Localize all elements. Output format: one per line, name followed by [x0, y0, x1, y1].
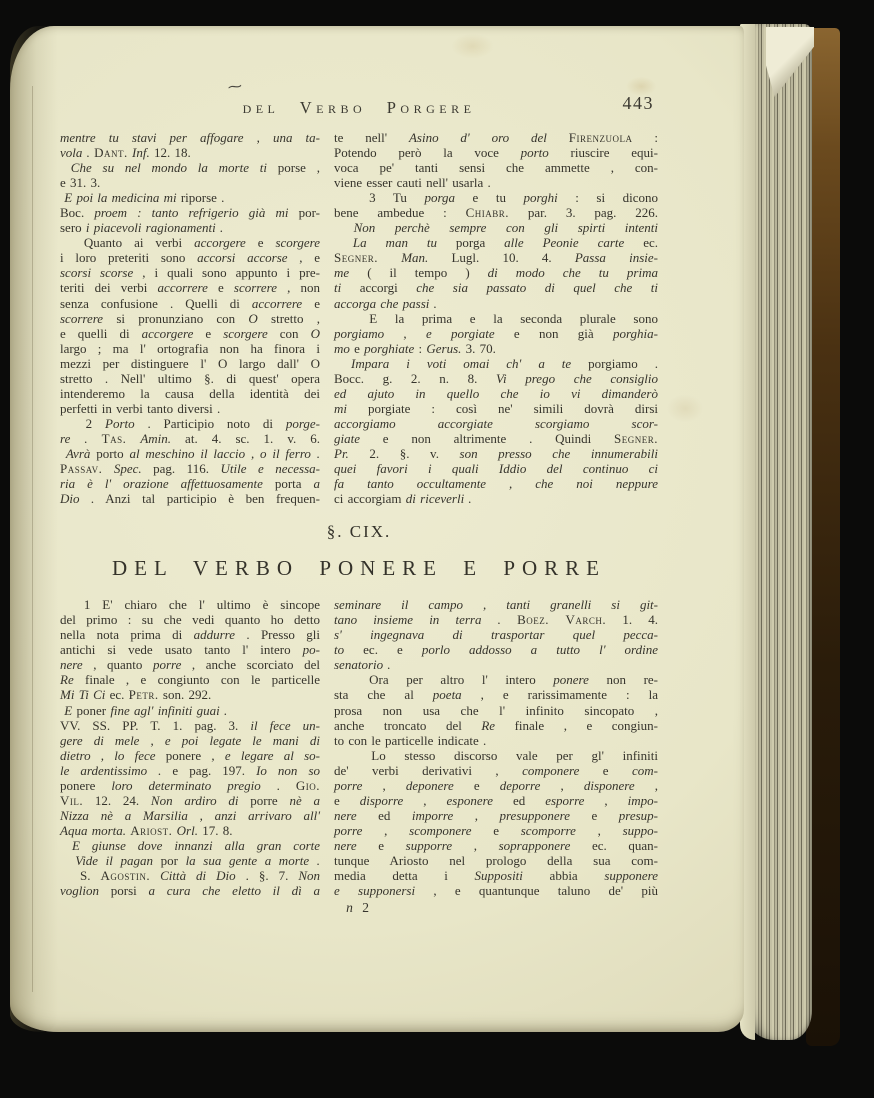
- smallcaps-text: Chiabr.: [466, 205, 509, 220]
- italic-text: com-: [632, 763, 658, 778]
- text-line: Bocc. g. 2. n. 8. Vi prego che consiglio: [334, 371, 658, 386]
- italic-text: soprapponere: [499, 838, 571, 853]
- text-line: seminare il campo , tanti granelli si gi…: [334, 597, 658, 612]
- roman-text: tunque Ariosto nel prologo della sua com…: [334, 853, 658, 868]
- text-line: dietro , lo fece ponere , e legare al so…: [60, 748, 320, 763]
- roman-text: te nell': [334, 130, 409, 145]
- italic-text: Vi prego che consiglio: [496, 371, 658, 386]
- roman-text: voca pe' tanti sensi che ammette , con-: [334, 160, 658, 175]
- text-line: tano insieme in terra . Boez. Varch. 1. …: [334, 612, 658, 627]
- italic-text: proem : tanto refrigerio già mi: [94, 205, 288, 220]
- italic-text: di modo che tu prima: [488, 265, 658, 280]
- text-line: E poner fine agl' infiniti guai .: [60, 703, 320, 718]
- roman-text: porse ,: [267, 160, 320, 175]
- roman-text: Ora per altro l' intero: [334, 672, 553, 687]
- roman-text: Lo stesso discorso vale per gl' infiniti: [334, 748, 658, 763]
- italic-text: scorgere: [223, 326, 268, 341]
- roman-text: porto: [90, 446, 129, 461]
- italic-text: Spec.: [114, 461, 142, 476]
- italic-text: to: [334, 642, 344, 657]
- porgere-right-column: te nell' Asino d' oro del Firenzuola :Po…: [334, 130, 658, 506]
- italic-text: porgiamo , e porgiate: [334, 326, 495, 341]
- signature-mark: n 2: [60, 900, 658, 916]
- roman-text: 3 Tu: [334, 190, 424, 205]
- roman-text: largo ; ma l' ortografia non ha finora i: [60, 341, 320, 356]
- section-paragraph-mark: §. CIX.: [60, 522, 658, 542]
- roman-text: . §. 7.: [236, 868, 299, 883]
- italic-text: mi: [334, 401, 347, 416]
- smallcaps-text: Tas.: [102, 431, 127, 446]
- roman-text: [60, 160, 71, 175]
- text-line: giate e non altrimente . Quindi Segner.: [334, 431, 658, 446]
- text-line: viene esser cauti nell' usarla .: [334, 175, 658, 190]
- italic-text: E: [64, 703, 72, 718]
- italic-text: Non perchè sempre con gli spirti intenti: [354, 220, 658, 235]
- italic-text: O: [311, 326, 320, 341]
- italic-text: la sua gente a morte .: [186, 853, 320, 868]
- roman-text: Anzi tal participio è ben frequen-: [94, 491, 320, 506]
- roman-text: ( il tempo ): [349, 265, 488, 280]
- roman-text: . Participio noto di: [135, 416, 286, 431]
- italic-text: accorgere: [194, 235, 246, 250]
- italic-text: impo-: [628, 793, 658, 808]
- text-line: accorgiamo accorgiate scorgiamo scor-: [334, 416, 658, 431]
- italic-text: accorgiamo accorgiate scorgiamo scor-: [334, 416, 658, 431]
- page-number: 443: [623, 93, 655, 114]
- italic-text: porre: [334, 823, 362, 838]
- italic-text: O: [248, 311, 257, 326]
- roman-text: e quelli di: [60, 326, 142, 341]
- smallcaps-text: Segner.: [334, 250, 378, 265]
- italic-text: al meschino il laccio , o il ferro .: [129, 446, 320, 461]
- roman-text: par. 3. pag. 226.: [509, 205, 658, 220]
- roman-text: [88, 431, 102, 446]
- roman-text: porsi: [99, 883, 148, 898]
- roman-text: e: [246, 235, 276, 250]
- roman-text: , i quali sono appunto i pre-: [133, 265, 320, 280]
- italic-text: Vide il pagan: [75, 853, 153, 868]
- roman-text: S.: [60, 868, 100, 883]
- italic-text: supponere: [604, 868, 658, 883]
- roman-text: e 31. 3.: [60, 175, 100, 190]
- italic-text: mentre tu stavi per affogare , una ta-: [60, 130, 320, 145]
- roman-text: ec. e: [344, 642, 422, 657]
- roman-text: e: [350, 341, 364, 356]
- text-line: re . Tas. Amin. at. 4. sc. 1. v. 6.: [60, 431, 320, 446]
- italic-text: i piacevoli ragionamenti .: [86, 220, 223, 235]
- smallcaps-text: Ariost.: [130, 823, 172, 838]
- roman-text: nella nota prima di: [60, 627, 194, 642]
- text-line: te nell' Asino d' oro del Firenzuola :: [334, 130, 658, 145]
- text-line: porgiamo , e porgiate e non già porghia-: [334, 326, 658, 341]
- roman-text: [60, 838, 72, 853]
- roman-text: ,: [576, 823, 623, 838]
- roman-text: si pronunziano con: [103, 311, 248, 326]
- text-line: voglion porsi a cura che eletto il dì a: [60, 883, 320, 898]
- text-line: Aqua morta. Ariost. Orl. 17. 8.: [60, 823, 320, 838]
- text-line: intenderemo la causa della identità dei: [60, 386, 320, 401]
- text-line: Ora per altro l' intero ponere non re-: [334, 672, 658, 687]
- text-line: to ec. e porlo addosso a tutto l' ordine: [334, 642, 658, 657]
- italic-text: Mi Ti Ci: [60, 687, 105, 702]
- text-line: to con le particelle indicate .: [334, 733, 658, 748]
- roman-text: , e rarissimamente : la: [462, 687, 658, 702]
- printers-mark: ⁓: [227, 78, 243, 96]
- text-line: scorsi scorse , i quali sono appunto i p…: [60, 265, 320, 280]
- text-line: Mi Ti Ci ec. Petr. son. 292.: [60, 687, 320, 702]
- roman-text: [126, 431, 140, 446]
- roman-text: porgiamo .: [571, 356, 658, 371]
- roman-text: [150, 868, 160, 883]
- italic-text: Porto: [105, 416, 135, 431]
- roman-text: [334, 235, 353, 250]
- text-line: sta che al poeta , e rarissimamente : la: [334, 687, 658, 702]
- text-line: accorga che passi .: [334, 296, 658, 311]
- smallcaps-text: Passav.: [60, 461, 102, 476]
- italic-text: nè a: [289, 793, 320, 808]
- roman-text: e tu: [455, 190, 524, 205]
- roman-text: ,: [362, 778, 405, 793]
- roman-text: senza confusione . Quelli di: [60, 296, 252, 311]
- italic-text: accorrere: [158, 280, 208, 295]
- text-line: ed ajuto in quello che io vi dimanderò: [334, 386, 658, 401]
- text-line: Segner. Man. Lugl. 10. 4. Passa insie-: [334, 250, 658, 265]
- running-head: ⁓ del Verbo Porgere 443: [60, 98, 658, 124]
- italic-text: mo: [334, 341, 350, 356]
- porgere-left-column: mentre tu stavi per affogare , una ta-vo…: [60, 130, 320, 506]
- roman-text: perfetti in verbi tanto diversi .: [60, 401, 220, 416]
- roman-text: ec. quan-: [570, 838, 658, 853]
- running-title: del Verbo Porgere: [243, 98, 476, 118]
- roman-text: [60, 853, 75, 868]
- text-line: quei favori i quali Iddio del continuo c…: [334, 461, 658, 476]
- roman-text: 1. 4.: [606, 612, 658, 627]
- italic-text: presup-: [619, 808, 658, 823]
- roman-text: , anche scorciato del: [181, 657, 320, 672]
- page-content: ⁓ del Verbo Porgere 443 mentre tu stavi …: [60, 98, 658, 916]
- italic-text: esponere: [447, 793, 493, 808]
- text-line: perfetti in verbi tanto diversi .: [60, 401, 320, 416]
- italic-text: Utile e necessa-: [220, 461, 320, 476]
- italic-text: scomporre: [521, 823, 576, 838]
- roman-text: .: [261, 778, 296, 793]
- italic-text: fine agl' infiniti guai .: [110, 703, 227, 718]
- roman-text: teriti dei verbi: [60, 280, 158, 295]
- roman-text: ponere: [156, 748, 212, 763]
- italic-text: fa tanto occultamente , che noi neppure: [334, 476, 658, 491]
- roman-text: e: [471, 823, 520, 838]
- text-line: nella nota prima di addurre . Presso gli: [60, 627, 320, 642]
- italic-text: addurre: [194, 627, 235, 642]
- text-line: Quanto ai verbi accorgere e scorgere: [60, 235, 320, 250]
- text-line: mentre tu stavi per affogare , una ta-: [60, 130, 320, 145]
- roman-text: poner: [72, 703, 110, 718]
- text-line: del primo : su che vedi quanto ho detto: [60, 612, 320, 627]
- roman-text: prosa non usa che l' infinito sincopato …: [334, 703, 658, 718]
- italic-text: , e legare al so-: [211, 748, 320, 763]
- text-line: de' verbi derivativi , componere e com-: [334, 763, 658, 778]
- text-line: Re finale , e congiunto con le particell…: [60, 672, 320, 687]
- italic-text: son presso che innumerabili: [460, 446, 658, 461]
- italic-text: seminare il campo , tanti granelli si gi…: [334, 597, 658, 612]
- text-line: mi porgiate : così ne' simili dovrà dirs…: [334, 401, 658, 416]
- text-line: Nizza nè a Marsilia , anzi arrivaro all': [60, 808, 320, 823]
- italic-text: loro determinato pregio: [111, 778, 260, 793]
- italic-text: Nizza nè a Marsilia , anzi arrivaro all': [60, 808, 320, 823]
- italic-text: imporre: [412, 808, 453, 823]
- text-line: scorrere si pronunziano con O stretto ,: [60, 311, 320, 326]
- italic-text: a: [314, 476, 321, 491]
- roman-text: to con le particelle indicate .: [334, 733, 486, 748]
- italic-text: accorrere: [252, 296, 302, 311]
- book-page: ⁓ del Verbo Porgere 443 mentre tu stavi …: [10, 26, 744, 1032]
- text-line: S. Agostin. Città di Dio . §. 7. Non: [60, 868, 320, 883]
- text-line: senatorio .: [334, 657, 658, 672]
- italic-text: porre: [153, 657, 181, 672]
- roman-text: [102, 461, 114, 476]
- italic-text: accorsi accorse: [197, 250, 287, 265]
- roman-text: ci accorgiam: [334, 491, 406, 506]
- roman-text: ,: [362, 823, 409, 838]
- text-line: E giunse dove innanzi alla gran corte: [60, 838, 320, 853]
- italic-text: supporre: [406, 838, 452, 853]
- text-line: La man tu porga alle Peonie carte ec.: [334, 235, 658, 250]
- roman-text: e: [302, 296, 320, 311]
- roman-text: Bocc. g. 2. n. 8.: [334, 371, 496, 386]
- roman-text: non re-: [589, 672, 658, 687]
- roman-text: con: [268, 326, 311, 341]
- roman-text: por: [153, 853, 186, 868]
- roman-text: porre: [239, 793, 290, 808]
- italic-text: Avrà: [66, 446, 91, 461]
- roman-text: ed: [357, 808, 412, 823]
- roman-text: de' verbi derivativi ,: [334, 763, 522, 778]
- italic-text: ponere: [553, 672, 589, 687]
- roman-text: , quanto: [83, 657, 153, 672]
- italic-text: poeta: [433, 687, 462, 702]
- roman-text: ec.: [624, 235, 658, 250]
- italic-text: esporre: [545, 793, 584, 808]
- roman-text: sta che al: [334, 687, 433, 702]
- roman-text: 12. 18.: [150, 145, 191, 160]
- italic-text: Impara i voti omai ch' a te: [351, 356, 571, 371]
- italic-text: nere: [334, 838, 357, 853]
- italic-text: porge-: [286, 416, 320, 431]
- text-line: ponere loro determinato pregio . Gio.: [60, 778, 320, 793]
- text-line: bene ambedue : Chiabr. par. 3. pag. 226.: [334, 205, 658, 220]
- italic-text: che sia passato di quel che ti: [416, 280, 658, 295]
- italic-text: Re: [60, 672, 74, 687]
- italic-text: disporre: [360, 793, 404, 808]
- italic-text: nere: [334, 808, 357, 823]
- roman-text: ,: [584, 793, 627, 808]
- italic-text: Suppositi: [475, 868, 523, 883]
- section-heading: §. CIX. DEL VERBO PONERE E PORRE: [60, 522, 658, 581]
- italic-text: Aqua morta.: [60, 823, 126, 838]
- text-line: Che su nel mondo la morte ti porse ,: [60, 160, 320, 175]
- italic-text: E poi la medicina mi: [64, 190, 176, 205]
- italic-text: me: [334, 265, 349, 280]
- roman-text: mezzi per distinguere l' O largo dall' O: [60, 356, 320, 371]
- roman-text: ,: [540, 778, 583, 793]
- roman-text: VV. SS. PP. T. 1. pag. 3.: [60, 718, 250, 733]
- roman-text: sero: [60, 220, 86, 235]
- roman-text: riuscire equi-: [549, 145, 658, 160]
- roman-text: [334, 220, 354, 235]
- text-line: Potendo però la voce porto riuscire equi…: [334, 145, 658, 160]
- text-line: E poi la medicina mi riporse .: [60, 190, 320, 205]
- text-line: Impara i voti omai ch' a te porgiamo .: [334, 356, 658, 371]
- text-line: ti accorgi che sia passato di quel che t…: [334, 280, 658, 295]
- roman-text: e pag. 197.: [161, 763, 256, 778]
- text-line: e 31. 3.: [60, 175, 320, 190]
- roman-text: viene esser cauti nell' usarla .: [334, 175, 491, 190]
- italic-text: Io non so: [256, 763, 320, 778]
- section-ponere: 1 E' chiaro che l' ultimo è sincopedel p…: [60, 597, 658, 898]
- italic-text: nere: [60, 657, 83, 672]
- smallcaps-text: Vil.: [60, 793, 83, 808]
- roman-text: ponere: [60, 778, 111, 793]
- roman-text: 2: [60, 416, 105, 431]
- text-line: i loro preteriti sono accorsi accorse , …: [60, 250, 320, 265]
- roman-text: pag. 116.: [142, 461, 221, 476]
- italic-text: re .: [60, 431, 88, 446]
- text-line: Dio . Anzi tal participio è ben frequen-: [60, 491, 320, 506]
- italic-text: porto: [521, 145, 549, 160]
- roman-text: anche troncato del: [334, 718, 481, 733]
- italic-text: porghi: [524, 190, 558, 205]
- text-line: gere di mele , e poi legate le mani di: [60, 733, 320, 748]
- roman-text: Boc.: [60, 205, 94, 220]
- italic-text: accorgere: [142, 326, 194, 341]
- italic-text: ed ajuto in quello che io vi dimanderò: [334, 386, 658, 401]
- text-line: sero i piacevoli ragionamenti .: [60, 220, 320, 235]
- roman-text: e: [357, 838, 406, 853]
- italic-text: porghia-: [613, 326, 658, 341]
- italic-text: tano insieme in terra .: [334, 612, 501, 627]
- text-line: media detta i Suppositi abbia supponere: [334, 868, 658, 883]
- roman-text: 3. 70.: [461, 341, 496, 356]
- roman-text: finale , e congiun-: [495, 718, 658, 733]
- smallcaps-text: Firenzuola: [569, 130, 633, 145]
- roman-text: del primo : su che vedi quanto ho detto: [60, 612, 320, 627]
- italic-text: Amin.: [140, 431, 171, 446]
- roman-text: [547, 130, 569, 145]
- text-line: tunque Ariosto nel prologo della sua com…: [334, 853, 658, 868]
- text-line: 2 Porto . Participio noto di porge-: [60, 416, 320, 431]
- text-line: porre , deponere e deporre , disponere ,: [334, 778, 658, 793]
- roman-text: Lugl. 10. 4.: [428, 250, 575, 265]
- roman-text: ,: [453, 808, 499, 823]
- text-line: mezzi per distinguere l' O largo dall' O: [60, 356, 320, 371]
- text-line: teriti dei verbi accorrere e scorrere , …: [60, 280, 320, 295]
- italic-text: E giunse dove innanzi alla gran corte: [72, 838, 320, 853]
- text-line: 1 E' chiaro che l' ultimo è sincope: [60, 597, 320, 612]
- text-line: Pr. 2. §. v. son presso che innumerabili: [334, 446, 658, 461]
- roman-text: e: [208, 280, 234, 295]
- roman-text: abbia: [523, 868, 604, 883]
- text-line: antichi si vede usato tanto l' intero po…: [60, 642, 320, 657]
- italic-text: le ardentissimo .: [60, 763, 161, 778]
- roman-text: finale , e congiunto con le particelle: [74, 672, 320, 687]
- text-line: e supponersi , e quantunque taluno de' p…: [334, 883, 658, 898]
- italic-text: porga: [424, 190, 455, 205]
- italic-text: porlo addosso a tutto l' ordine: [422, 642, 658, 657]
- roman-text: e: [579, 763, 632, 778]
- roman-text: , non: [277, 280, 320, 295]
- roman-text: Quanto ai verbi: [60, 235, 194, 250]
- italic-text: dietro , lo fece: [60, 748, 156, 763]
- italic-text: disponere: [584, 778, 635, 793]
- italic-text: senatorio .: [334, 657, 391, 672]
- roman-text: e: [454, 778, 500, 793]
- text-line: mo e porghiate : Gerus. 3. 70.: [334, 341, 658, 356]
- italic-text: Gerus.: [426, 341, 461, 356]
- italic-text: deponere: [406, 778, 454, 793]
- italic-text: scorgere: [275, 235, 320, 250]
- roman-text: :: [633, 130, 658, 145]
- roman-text: , e quantunque taluno de' più: [415, 883, 658, 898]
- italic-text: ria è l' orazione affettuosamente: [60, 476, 263, 491]
- roman-text: por-: [288, 205, 320, 220]
- roman-text: porgiate : così ne' simili dovrà dirsi: [347, 401, 658, 416]
- text-line: prosa non usa che l' infinito sincopato …: [334, 703, 658, 718]
- text-line: nere ed imporre , presupponere e presup-: [334, 808, 658, 823]
- roman-text: e: [193, 326, 223, 341]
- roman-text: . Presso gli: [235, 627, 320, 642]
- text-line: Lo stesso discorso vale per gl' infiniti: [334, 748, 658, 763]
- roman-text: 12. 24.: [83, 793, 151, 808]
- italic-text: Asino d' oro del: [409, 130, 547, 145]
- roman-text: [378, 250, 401, 265]
- text-line: voca pe' tanti sensi che ammette , con-: [334, 160, 658, 175]
- text-line: ria è l' orazione affettuosamente porta …: [60, 476, 320, 491]
- roman-text: riporse .: [177, 190, 225, 205]
- italic-text: deporre: [500, 778, 541, 793]
- italic-text: Che su nel mondo la morte ti: [71, 160, 267, 175]
- roman-text: media detta i: [334, 868, 475, 883]
- ponere-right-column: seminare il campo , tanti granelli si gi…: [334, 597, 658, 898]
- roman-text: 2. §. v.: [349, 446, 460, 461]
- text-line: Non perchè sempre con gli spirti intenti: [334, 220, 658, 235]
- smallcaps-text: Boez. Varch.: [517, 612, 606, 627]
- italic-text: Dio .: [60, 491, 94, 506]
- italic-text: a cura che eletto il dì a: [148, 883, 320, 898]
- italic-text: componere: [522, 763, 579, 778]
- roman-text: e non già: [495, 326, 613, 341]
- roman-text: E la prima e la seconda plurale sono: [334, 311, 658, 326]
- text-line: E la prima e la seconda plurale sono: [334, 311, 658, 326]
- text-line: e disporre , esponere ed esporre , impo-: [334, 793, 658, 808]
- text-line: Avrà porto al meschino il laccio , o il …: [60, 446, 320, 461]
- italic-text: Passa insie-: [575, 250, 658, 265]
- text-line: largo ; ma l' ortografia non ha finora i: [60, 341, 320, 356]
- smallcaps-text: Agostin.: [100, 868, 150, 883]
- roman-text: stretto ,: [258, 311, 320, 326]
- italic-text: voglion: [60, 883, 99, 898]
- roman-text: 1 E' chiaro che l' ultimo è sincope: [60, 597, 320, 612]
- italic-text: Città di Dio: [160, 868, 236, 883]
- text-line: vola . Dant. Inf. 12. 18.: [60, 145, 320, 160]
- text-line: fa tanto occultamente , che noi neppure: [334, 476, 658, 491]
- italic-text: scorsi scorse: [60, 265, 133, 280]
- roman-text: : si dicono: [558, 190, 658, 205]
- italic-text: La man tu: [353, 235, 437, 250]
- italic-text: suppo-: [623, 823, 658, 838]
- italic-text: Pr.: [334, 446, 349, 461]
- italic-text: gere di mele , e poi legate le mani di: [60, 733, 320, 748]
- italic-text: porghiate: [364, 341, 414, 356]
